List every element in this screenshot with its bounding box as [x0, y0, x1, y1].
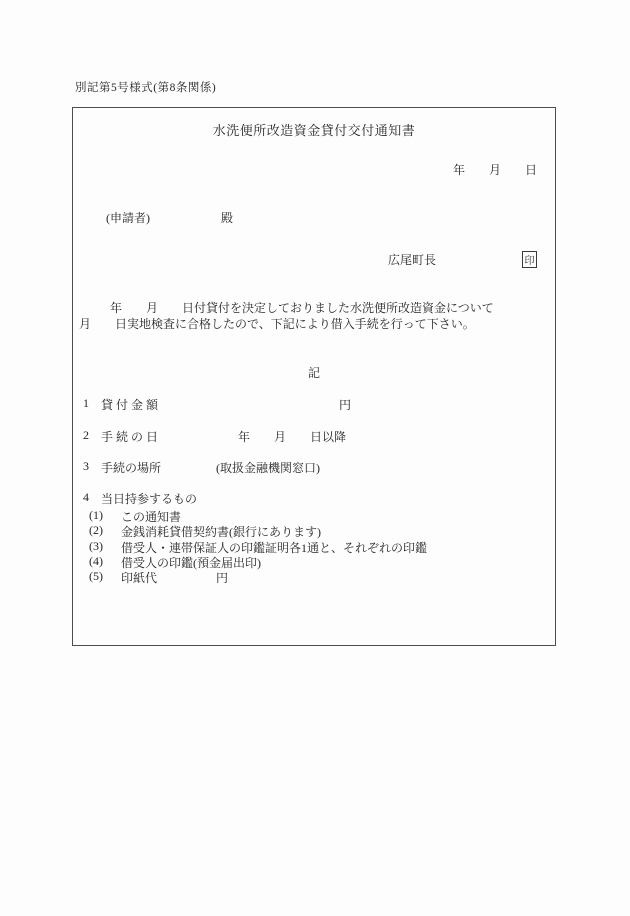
- ki-heading: 記: [73, 364, 555, 381]
- item-value: 年 月 日以降: [238, 428, 346, 445]
- form-reference-label: 別記第5号様式(第8条関係): [75, 79, 216, 95]
- subitem-text: 金銭消耗貸借契約書(銀行にあります): [121, 523, 321, 540]
- sub-list-item: (2) 金銭消耗貸借契約書(銀行にあります): [73, 523, 555, 538]
- list-item: 4 当日持参するもの: [73, 490, 555, 506]
- applicant-honorific: 殿: [221, 211, 233, 225]
- item-value: (取扱金融機関窓口): [216, 459, 320, 476]
- subitem-number: (3): [89, 539, 103, 554]
- subitem-text: 印紙代: [121, 569, 157, 586]
- item-value: 円: [339, 396, 351, 413]
- seal-mark: 印: [522, 251, 537, 268]
- list-item: 2 手 続 の 日 年 月 日以降: [73, 428, 555, 444]
- item-number: 2: [83, 428, 89, 443]
- issuer-name: 広尾町長: [388, 253, 436, 267]
- item-number: 3: [83, 459, 89, 474]
- item-number: 4: [83, 490, 89, 505]
- body-text-line2: 月 日実地検査に合格したので、下記により借入手続を行って下さい。: [79, 317, 475, 331]
- item-label: 貸 付 金 額: [101, 396, 158, 413]
- sub-list-item: (1) この通知書: [73, 508, 555, 523]
- list-item: 3 手続の場所 (取扱金融機関窓口): [73, 459, 555, 475]
- item-label: 手 続 の 日: [101, 428, 158, 445]
- subitem-number: (1): [89, 508, 103, 523]
- body-text-line1: 年 月 日付貸付を決定しておりました水洗便所改造資金について: [110, 301, 494, 315]
- list-item: 1 貸 付 金 額 円: [73, 396, 555, 412]
- sub-list-item: (3) 借受人・連帯保証人の印鑑証明各1通と、それぞれの印鑑: [73, 539, 555, 554]
- applicant-label: (申請者): [106, 211, 150, 225]
- subitem-number: (5): [89, 569, 103, 584]
- subitem-number: (4): [89, 554, 103, 569]
- item-label: 手続の場所: [101, 459, 161, 476]
- issue-date-line: 年 月 日: [453, 163, 537, 177]
- subitem-value: 円: [216, 569, 228, 586]
- item-label: 当日持参するもの: [101, 490, 197, 507]
- subitem-number: (2): [89, 523, 103, 538]
- sub-list-item: (5) 印紙代 円: [73, 569, 555, 584]
- notice-border-box: 水洗便所改造資金貸付交付通知書 年 月 日 (申請者) 殿 広尾町長 印 年 月…: [72, 107, 556, 646]
- document-page: 別記第5号様式(第8条関係) 水洗便所改造資金貸付交付通知書 年 月 日 (申請…: [0, 0, 630, 916]
- sub-list-item: (4) 借受人の印鑑(預金届出印): [73, 554, 555, 569]
- item-number: 1: [83, 396, 89, 411]
- document-title: 水洗便所改造資金貸付交付通知書: [73, 120, 555, 139]
